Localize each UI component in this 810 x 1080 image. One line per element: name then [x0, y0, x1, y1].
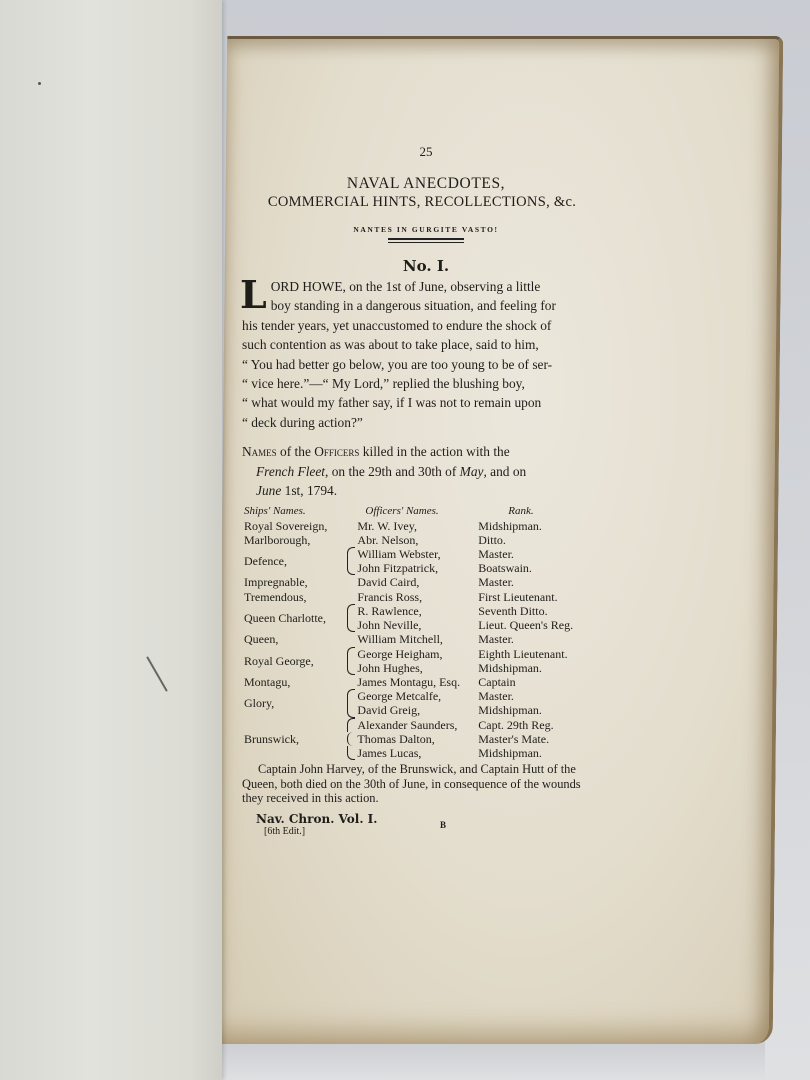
officer-name-text: R. Rawlence, [357, 604, 421, 618]
ship-name: Queen Charlotte, [242, 604, 347, 632]
brace [347, 703, 355, 717]
officer-name-text: John Fitzpatrick, [357, 561, 438, 575]
header-ships: Ships' Names. [242, 504, 347, 518]
intro-line-2: French Fleet, on the 29th and 30th of Ma… [242, 462, 610, 481]
rank: Eighth Lieutenant. [478, 647, 614, 661]
officer-name: James Montagu, Esq. [347, 675, 478, 689]
paper-spot [38, 82, 41, 85]
double-rule [388, 238, 464, 243]
officer-name: Abr. Nelson, [347, 533, 478, 547]
ship-name: Royal George, [242, 647, 347, 675]
officer-name: John Neville, [347, 618, 478, 632]
edition-note: [6th Edit.] [242, 826, 610, 837]
officer-name: Mr. W. Ivey, [347, 519, 478, 533]
june-word: June [256, 483, 281, 498]
footnote: Captain John Harvey, of the Brunswick, a… [242, 762, 610, 806]
rank: Capt. 29th Reg. [478, 718, 614, 732]
intro-text: killed in the action with the [359, 444, 509, 459]
brace [347, 647, 355, 661]
brace [347, 547, 355, 561]
page-content: 25 NAVAL ANECDOTES, COMMERCIAL HINTS, RE… [242, 144, 610, 837]
intro-text: 1st, 1794. [281, 483, 337, 498]
table-row: Queen, William Mitchell, Master. [242, 632, 614, 646]
brace [347, 718, 355, 732]
officer-name: Thomas Dalton, [347, 732, 478, 746]
officer-name-text: John Hughes, [357, 661, 422, 675]
officers-word: Officers [314, 444, 359, 459]
anecdote-number: No. I. [242, 257, 610, 275]
anecdote-line: ORD HOWE, on the 1st of June, observing … [242, 277, 610, 296]
intro-text: , and on [483, 464, 526, 479]
brace [347, 561, 355, 575]
header-rank: Rank. [478, 504, 614, 518]
ship-name: Tremendous, [242, 590, 347, 604]
rank: Ditto. [478, 533, 614, 547]
intro-text: , on the 29th and 30th of [325, 464, 460, 479]
rank: Master. [478, 575, 614, 589]
title-line-2: COMMERCIAL HINTS, RECOLLECTIONS, &c. [234, 193, 610, 211]
intro-line-3: June 1st, 1794. [242, 481, 610, 500]
names-word: Names [242, 444, 277, 459]
footnote-line: they received in this action. [242, 791, 610, 806]
header-officers: Officers' Names. [347, 504, 478, 518]
officer-name-text: David Greig, [357, 703, 420, 717]
anecdote-paragraph: L ORD HOWE, on the 1st of June, observin… [242, 277, 610, 432]
brace [347, 661, 355, 675]
list-introduction: Names of the Officers killed in the acti… [242, 442, 610, 500]
officer-name: James Lucas, [347, 746, 478, 760]
ship-name: Defence, [242, 547, 347, 575]
rank: Seventh Ditto. [478, 604, 614, 618]
table-row: Impregnable, David Caird, Master. [242, 575, 614, 589]
left-page [0, 0, 222, 1080]
volume-signature: Nav. Chron. Vol. I. [242, 812, 610, 826]
brace [347, 618, 355, 632]
ship-name: Glory, [242, 689, 347, 717]
ship-name: Montagu, [242, 675, 347, 689]
table-row: Defence, William Webster, Master. [242, 547, 614, 561]
officer-name: David Caird, [347, 575, 478, 589]
table-row: Brunswick, Alexander Saunders, Capt. 29t… [242, 718, 614, 732]
officer-name-text: Thomas Dalton, [357, 732, 434, 746]
rank: Master. [478, 689, 614, 703]
may-word: May [460, 464, 484, 479]
officer-name: George Metcalfe, [347, 689, 478, 703]
paper-scratch [146, 656, 168, 692]
anecdote-line: boy standing in a dangerous situation, a… [242, 296, 610, 315]
rank: Lieut. Queen's Reg. [478, 618, 614, 632]
anecdote-line: “ deck during action?” [242, 413, 610, 432]
brace [347, 732, 355, 746]
french-fleet: French Fleet [256, 464, 325, 479]
footnote-line: Queen, both died on the 30th of June, in… [242, 777, 610, 792]
table-row: Marlborough, Abr. Nelson, Ditto. [242, 533, 614, 547]
rank: First Lieutenant. [478, 590, 614, 604]
rank: Master. [478, 547, 614, 561]
rank: Midshipman. [478, 661, 614, 675]
drop-cap: L [240, 279, 267, 311]
anecdote-line: such contention as was about to take pla… [242, 335, 610, 354]
officers-table: Ships' Names. Officers' Names. Rank. Roy… [242, 504, 614, 760]
officer-name: Alexander Saunders, [347, 718, 478, 732]
table-header-row: Ships' Names. Officers' Names. Rank. [242, 504, 614, 518]
brace [347, 604, 355, 618]
anecdote-line: “ what would my father say, if I was not… [242, 393, 610, 412]
signature-block: Nav. Chron. Vol. I. [6th Edit.] B [242, 812, 610, 837]
anecdote-line: his tender years, yet unaccustomed to en… [242, 316, 610, 335]
rank: Master. [478, 632, 614, 646]
brace [347, 689, 355, 703]
ship-name: Brunswick, [242, 718, 347, 761]
table-row: Royal George, George Heigham, Eighth Lie… [242, 647, 614, 661]
officer-name: George Heigham, [347, 647, 478, 661]
ship-name: Queen, [242, 632, 347, 646]
ship-name: Marlborough, [242, 533, 347, 547]
rank: Midshipman. [478, 746, 614, 760]
table-row: Tremendous, Francis Ross, First Lieutena… [242, 590, 614, 604]
signature-mark: B [440, 820, 446, 830]
rank: Midshipman. [478, 519, 614, 533]
officer-name-text: George Heigham, [357, 647, 442, 661]
officer-name-text: William Webster, [357, 547, 440, 561]
officer-name: John Fitzpatrick, [347, 561, 478, 575]
rank: Captain [478, 675, 614, 689]
officer-name-text: Alexander Saunders, [357, 718, 457, 732]
officer-name: R. Rawlence, [347, 604, 478, 618]
anecdote-line: “ vice here.”—“ My Lord,” replied the bl… [242, 374, 610, 393]
table-row: Royal Sovereign, Mr. W. Ivey, Midshipman… [242, 519, 614, 533]
rank: Midshipman. [478, 703, 614, 717]
officer-name: William Webster, [347, 547, 478, 561]
table-row: Queen Charlotte, R. Rawlence, Seventh Di… [242, 604, 614, 618]
table-row: Montagu, James Montagu, Esq. Captain [242, 675, 614, 689]
brace [347, 746, 355, 760]
officer-name: John Hughes, [347, 661, 478, 675]
motto: NANTES IN GURGITE VASTO! [242, 225, 610, 234]
officer-name-text: John Neville, [357, 618, 421, 632]
officer-name: Francis Ross, [347, 590, 478, 604]
anecdote-line: “ You had better go below, you are too y… [242, 355, 610, 374]
officer-name-text: George Metcalfe, [357, 689, 441, 703]
table-row: Glory, George Metcalfe, Master. [242, 689, 614, 703]
ship-name: Royal Sovereign, [242, 519, 347, 533]
officer-name: David Greig, [347, 703, 478, 717]
title-line-1: NAVAL ANECDOTES, [242, 174, 610, 193]
intro-text: of the [277, 444, 315, 459]
rank: Master's Mate. [478, 732, 614, 746]
footnote-line: Captain John Harvey, of the Brunswick, a… [242, 762, 610, 777]
ship-name: Impregnable, [242, 575, 347, 589]
rank: Boatswain. [478, 561, 614, 575]
officer-name: William Mitchell, [347, 632, 478, 646]
page-number: 25 [242, 144, 610, 160]
officer-name-text: James Lucas, [357, 746, 421, 760]
